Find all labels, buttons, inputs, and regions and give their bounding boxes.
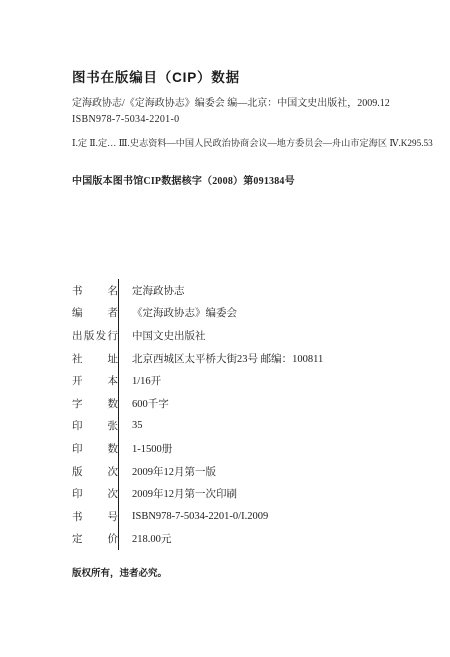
colophon-row-sheets: 印张 35 <box>72 415 402 438</box>
colophon-value: ISBN978-7-5034-2201-0/I.2009 <box>118 505 268 528</box>
colophon-value: 2009年12月第一次印刷 <box>118 482 237 505</box>
colophon-row-print-run: 印数 1-1500册 <box>72 437 402 460</box>
colophon-label: 定价 <box>72 531 118 546</box>
colophon-row-word-count: 字数 600千字 <box>72 392 402 415</box>
colophon-value: 《定海政协志》编委会 <box>118 302 237 325</box>
colophon-label: 编者 <box>72 305 118 320</box>
colophon-row-impression: 印次 2009年12月第一次印刷 <box>72 482 402 505</box>
colophon-label: 印张 <box>72 418 118 433</box>
book-copyright-page: 图书在版编目（CIP）数据 定海政协志/《定海政协志》编委会 编—北京：中国文史… <box>0 0 450 657</box>
colophon-label: 印数 <box>72 441 118 456</box>
colophon-table: 书名 定海政协志 编者 《定海政协志》编委会 出版发行 中国文史出版社 社址 北… <box>72 279 402 550</box>
colophon-label: 版次 <box>72 464 118 479</box>
colophon-row-title: 书名 定海政协志 <box>72 279 402 302</box>
colophon-label: 印次 <box>72 486 118 501</box>
cip-title: 图书在版编目（CIP）数据 <box>72 66 240 86</box>
colophon-label: 书名 <box>72 283 118 298</box>
colophon-row-publisher: 出版发行 中国文史出版社 <box>72 324 402 347</box>
colophon-label: 社址 <box>72 351 118 366</box>
colophon-row-format: 开本 1/16开 <box>72 369 402 392</box>
copyright-notice: 版权所有，违者必究。 <box>72 565 167 579</box>
colophon-label: 字数 <box>72 396 118 411</box>
cip-isbn-line: ISBN978-7-5034-2201-0 <box>72 114 179 125</box>
colophon-value: 2009年12月第一版 <box>118 460 216 483</box>
colophon-value: 600千字 <box>118 392 169 415</box>
colophon-value: 1/16开 <box>118 369 161 392</box>
colophon-row-address: 社址 北京西城区太平桥大街23号 邮编：100811 <box>72 347 402 370</box>
colophon-row-isbn: 书号 ISBN978-7-5034-2201-0/I.2009 <box>72 505 402 528</box>
colophon-value: 中国文史出版社 <box>118 324 206 347</box>
colophon-label: 开本 <box>72 373 118 388</box>
cip-record-number: 中国版本图书馆CIP数据核字（2008）第091384号 <box>72 172 295 187</box>
colophon-row-editor: 编者 《定海政协志》编委会 <box>72 302 402 325</box>
colophon-value: 定海政协志 <box>118 279 185 302</box>
colophon-value: 北京西城区太平桥大街23号 邮编：100811 <box>118 347 323 370</box>
cip-description-line: 定海政协志/《定海政协志》编委会 编—北京：中国文史出版社，2009.12 <box>72 94 390 109</box>
colophon-value: 35 <box>118 415 143 438</box>
colophon-label: 书号 <box>72 509 118 524</box>
colophon-label: 出版发行 <box>72 328 118 343</box>
cip-classification-line: Ⅰ.定 Ⅱ.定… Ⅲ.史志资料—中国人民政治协商会议—地方委员会—舟山市定海区 … <box>72 135 433 149</box>
colophon-row-price: 定价 218.00元 <box>72 528 402 551</box>
colophon-row-edition: 版次 2009年12月第一版 <box>72 460 402 483</box>
colophon-value: 1-1500册 <box>118 437 172 460</box>
colophon-value: 218.00元 <box>118 528 171 551</box>
